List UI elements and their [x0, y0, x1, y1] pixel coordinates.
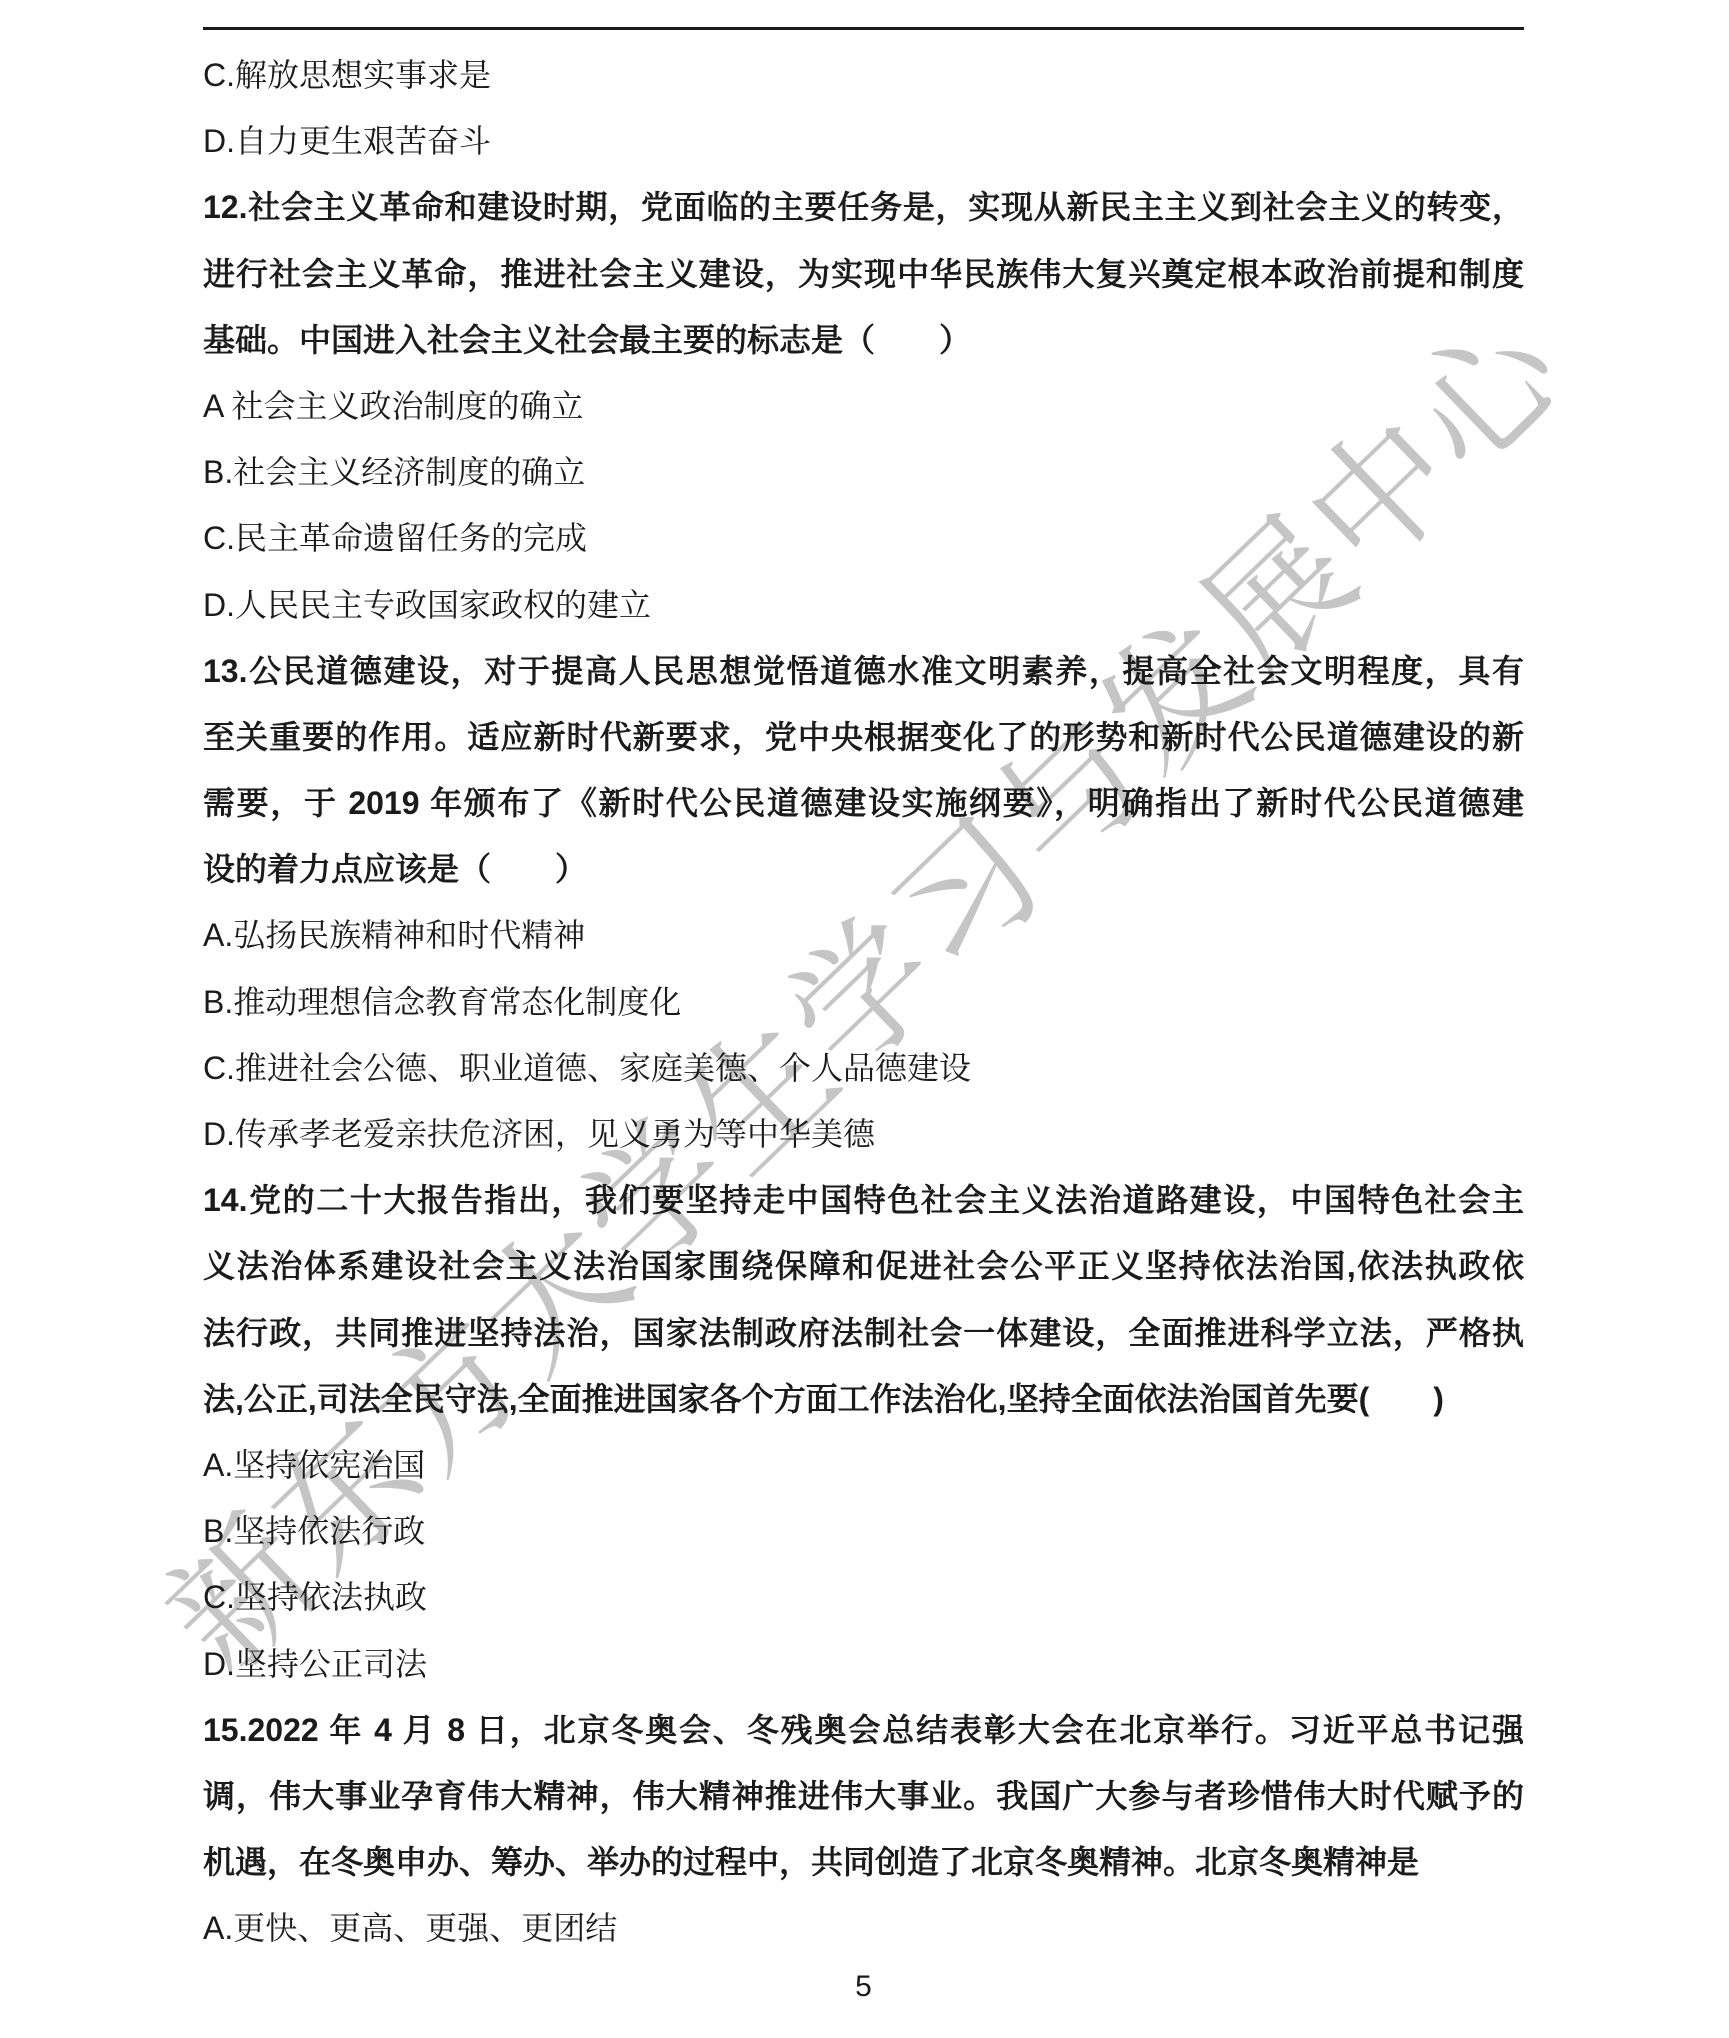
option-line: B.推动理想信念教育常态化制度化	[203, 969, 1524, 1035]
option-line: B.坚持依法行政	[203, 1498, 1524, 1564]
option-line: A.更快、更高、更强、更团结	[203, 1895, 1524, 1961]
question-stem-line: 法行政，共同推进坚持法治，国家法制政府法制社会一体建设，全面推进科学立法，严格执	[203, 1300, 1524, 1366]
question-lines: C.解放思想实事求是D.自力更生艰苦奋斗12.社会主义革命和建设时期，党面临的主…	[203, 42, 1524, 1961]
question-stem-line: 机遇，在冬奥申办、筹办、举办的过程中，共同创造了北京冬奥精神。北京冬奥精神是（ …	[203, 1829, 1524, 1895]
option-line: D.人民民主专政国家政权的建立	[203, 572, 1524, 638]
option-line: A.坚持依宪治国	[203, 1432, 1524, 1498]
question-stem-line: 义法治体系建设社会主义法治国家围绕保障和促进社会公平正义坚持依法治国,依法执政依	[203, 1233, 1524, 1299]
page-number: 5	[203, 1956, 1524, 2018]
question-stem-line: 法,公正,司法全民守法,全面推进国家各个方面工作法治化,坚持全面依法治国首先要(…	[203, 1366, 1524, 1432]
header-rule	[203, 27, 1524, 30]
question-stem-line: 基础。中国进入社会主义社会最主要的标志是（ ）	[203, 307, 1524, 373]
option-line: D.传承孝老爱亲扶危济困，见义勇为等中华美德	[203, 1101, 1524, 1167]
question-stem-line: 设的着力点应该是（ ）	[203, 836, 1524, 902]
exam-page: 新东方大学生学习与发展中心 C.解放思想实事求是D.自力更生艰苦奋斗12.社会主…	[0, 0, 1729, 2038]
question-stem-line: 13.公民道德建设，对于提高人民思想觉悟道德水准文明素养，提高全社会文明程度，具…	[203, 638, 1524, 704]
option-line: C.民主革命遗留任务的完成	[203, 505, 1524, 571]
option-line: D.自力更生艰苦奋斗	[203, 108, 1524, 174]
question-stem-line: 14.党的二十大报告指出，我们要坚持走中国特色社会主义法治道路建设，中国特色社会…	[203, 1167, 1524, 1233]
question-stem-line: 需要，于 2019 年颁布了《新时代公民道德建设实施纲要》，明确指出了新时代公民…	[203, 770, 1524, 836]
option-line: C.解放思想实事求是	[203, 42, 1524, 108]
question-stem-line: 15.2022 年 4 月 8 日，北京冬奥会、冬残奥会总结表彰大会在北京举行。…	[203, 1697, 1524, 1763]
question-stem-line: 调，伟大事业孕育伟大精神，伟大精神推进伟大事业。我国广大参与者珍惜伟大时代赋予的	[203, 1763, 1524, 1829]
option-line: A.弘扬民族精神和时代精神	[203, 902, 1524, 968]
option-line: B.社会主义经济制度的确立	[203, 439, 1524, 505]
option-line: C.坚持依法执政	[203, 1564, 1524, 1630]
question-stem-line: 进行社会主义革命，推进社会主义建设，为实现中华民族伟大复兴奠定根本政治前提和制度	[203, 241, 1524, 307]
option-line: D.坚持公正司法	[203, 1631, 1524, 1697]
option-line: A 社会主义政治制度的确立	[203, 373, 1524, 439]
option-line: C.推进社会公德、职业道德、家庭美德、个人品德建设	[203, 1035, 1524, 1101]
question-stem-line: 至关重要的作用。适应新时代新要求，党中央根据变化了的形势和新时代公民道德建设的新	[203, 704, 1524, 770]
question-stem-line: 12.社会主义革命和建设时期，党面临的主要任务是，实现从新民主主义到社会主义的转…	[203, 174, 1524, 240]
